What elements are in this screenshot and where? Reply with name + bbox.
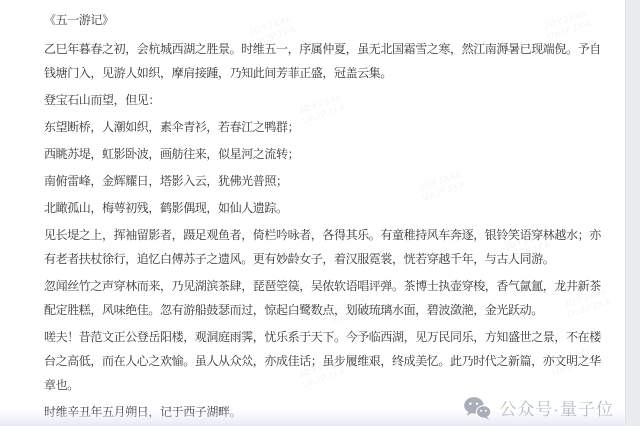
paragraph: 登宝石山而望，但见：	[44, 88, 610, 112]
footer-brand: 公众号·量子位	[463, 395, 614, 420]
footer-brand-label: 公众号·量子位	[499, 395, 614, 420]
paragraph-list: 乙巳年暮春之初，会杭城西湖之胜景。时维五一，序属仲夏，虽无北国霜雪之寒，然江南溽…	[44, 37, 610, 424]
article-title: 《五一游记》	[44, 8, 610, 32]
right-edge-strip	[625, 0, 640, 426]
article-body: 《五一游记》 乙巳年暮春之初，会杭城西湖之胜景。时维五一，序属仲夏，虽无北国霜雪…	[44, 8, 610, 426]
paragraph: 西眺苏堤，虹影卧波，画舫往来，似星河之流转；	[44, 142, 610, 166]
paragraph: 东望断桥，人潮如织，素伞青衫，若春江之鸭群；	[44, 115, 610, 139]
paragraph: 嗟夫！昔范文正公登岳阳楼，观洞庭雨霁，忧乐系于天下。今予临西湖，见万民同乐，方知…	[44, 325, 610, 397]
wechat-icon	[463, 396, 491, 420]
paragraph: 见长堤之上，挥袖留影者，蹑足观鱼者，倚栏吟咏者，各得其乐。有童稚持风车奔逐，银铃…	[44, 223, 610, 271]
article-page: JDYJX4h UnJPJXA JDYJX4h UnJPJXA JDYJX4h …	[0, 0, 640, 426]
paragraph: 忽闻丝竹之声穿林而来，乃见湖滨茶肆，琵琶箜篌，吴侬软语唱评弹。茶博士执壶穿梭，香…	[44, 274, 610, 322]
paragraph: 乙巳年暮春之初，会杭城西湖之胜景。时维五一，序属仲夏，虽无北国霜雪之寒，然江南溽…	[44, 37, 610, 85]
paragraph: 北瞰孤山，梅萼初残，鹤影偶现，如仙人遗踪。	[44, 196, 610, 220]
paragraph: 南俯雷峰，金辉耀日，塔影入云，犹佛光普照；	[44, 169, 610, 193]
